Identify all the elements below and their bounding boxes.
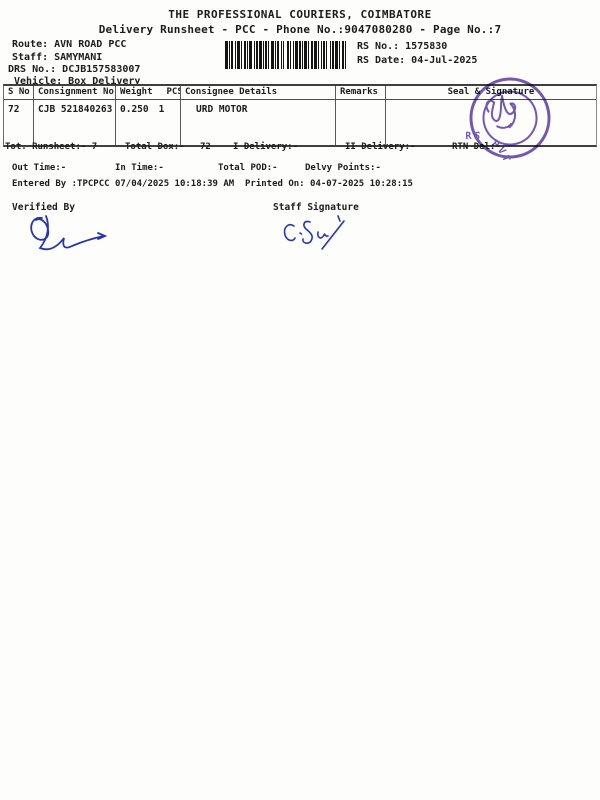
cell-consignee: URD MOTOR — [181, 100, 336, 145]
cell-consignment: CJB 521840263 — [34, 100, 116, 145]
entered-by-text: Entered By :TPCPCC 07/04/2025 10:18:39 A… — [12, 179, 234, 189]
rs-no-field: RS No.: 1575830 — [357, 41, 447, 52]
out-time-label: Out Time:- — [12, 163, 66, 173]
cell-sno: 72 — [4, 100, 34, 145]
in-time-label: In Time:- — [115, 163, 164, 173]
barcode — [225, 41, 347, 69]
drs-no-field: DRS No.: DCJB157583007 — [8, 64, 140, 75]
cell-pcs: 1 — [159, 104, 165, 145]
runsheet-subtitle: Delivery Runsheet - PCC - Phone No.:9047… — [0, 23, 600, 36]
delivery-runsheet-document: THE PROFESSIONAL COURIERS, COIMBATORE De… — [0, 0, 600, 800]
delvy-points-label: Delvy Points:- — [305, 163, 381, 173]
col-header-consignment: Consignment No — [34, 86, 116, 100]
cell-weight-pcs: 0.250 1 — [116, 100, 181, 145]
col-header-pcs: PCS — [167, 86, 181, 99]
company-title: THE PROFESSIONAL COURIERS, COIMBATORE — [0, 8, 600, 21]
col-header-sno: S No — [4, 86, 34, 100]
cell-remarks — [336, 100, 386, 145]
col-header-weight-pcs: Weight PCS — [116, 86, 181, 100]
staff-field: Staff: SAMYMANI — [12, 52, 102, 63]
col-header-weight: Weight — [120, 86, 153, 99]
total-dox-label: Total Dox:- — [125, 142, 185, 152]
col-header-consignee: Consignee Details — [181, 86, 336, 100]
total-runsheet: Tot. Runsheet:- 7 — [5, 142, 97, 152]
rs-date-field: RS Date: 04-Jul-2025 — [357, 55, 477, 66]
staff-signature-scribble — [278, 212, 353, 257]
total-dox-value: 72 — [200, 142, 211, 152]
i-delivery-label: I Delivery:- — [233, 142, 298, 152]
route-field: Route: AVN ROAD PCC — [12, 39, 126, 50]
cell-weight: 0.250 — [120, 104, 149, 145]
total-pod-label: Total POD:- — [218, 163, 278, 173]
company-seal-stamp: PVT.LTD ★ ★ ★ URD MOTORS — [466, 74, 554, 162]
ii-delivery-label: II Delivery:- — [345, 142, 415, 152]
verified-signature-scribble — [20, 210, 115, 260]
printed-on-text: Printed On: 04-07-2025 10:28:15 — [245, 179, 413, 189]
col-header-remarks: Remarks — [336, 86, 386, 100]
